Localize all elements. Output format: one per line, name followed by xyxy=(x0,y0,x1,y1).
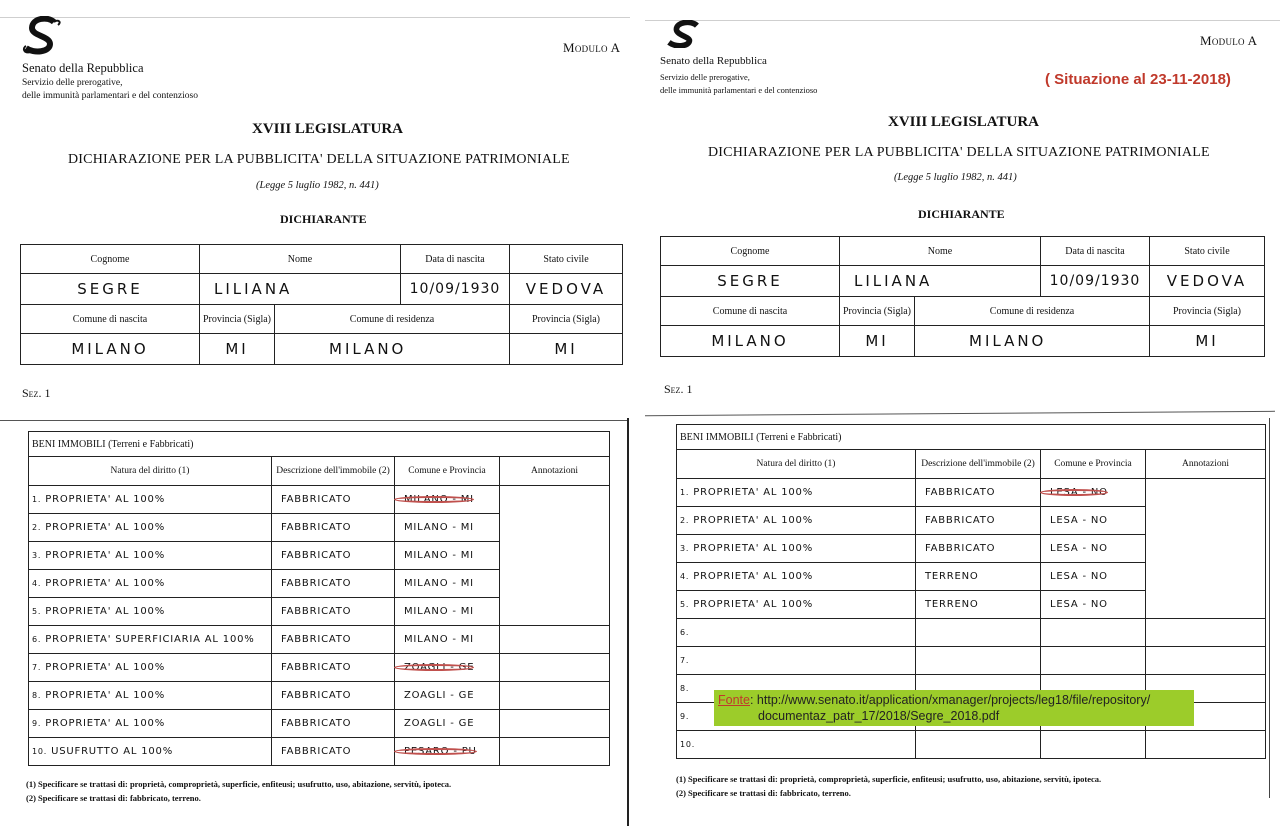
table-row: 5.PROPRIETA' AL 100%TERRENOLESA - NO xyxy=(677,591,1266,619)
table-row: 2.PROPRIETA' AL 100%FABBRICATOMILANO - M… xyxy=(29,514,610,542)
row-number: 5. xyxy=(680,600,689,609)
comune-cell: PESARO - PU xyxy=(395,738,500,766)
table-row: 10. xyxy=(677,731,1266,759)
legislatura-title: XVIII LEGISLATURA xyxy=(888,114,1039,131)
value-comune-residenza: MILANO xyxy=(915,326,1150,357)
table-row: 7. xyxy=(677,647,1266,675)
row-number: 5. xyxy=(32,607,41,616)
descrizione-cell: FABBRICATO xyxy=(916,479,1041,507)
annotazioni-cell xyxy=(500,626,610,654)
modulo-label: Modulo A xyxy=(563,40,620,56)
descrizione-cell: FABBRICATO xyxy=(272,682,395,710)
label-nome: Nome xyxy=(200,245,401,274)
natura-cell: 4.PROPRIETA' AL 100% xyxy=(677,563,916,591)
row-number: 8. xyxy=(32,691,41,700)
value-provincia-residenza: MI xyxy=(1150,326,1265,357)
comune-text: LESA - NO xyxy=(1044,543,1114,554)
descrizione-cell: FABBRICATO xyxy=(272,514,395,542)
natura-cell: 5.PROPRIETA' AL 100% xyxy=(677,591,916,619)
table-row: 2.PROPRIETA' AL 100%FABBRICATOLESA - NO xyxy=(677,507,1266,535)
table-row: 8.PROPRIETA' AL 100%FABBRICATOZOAGLI - G… xyxy=(29,682,610,710)
value-data-nascita: 10/09/1930 xyxy=(401,274,510,305)
value-comune-residenza: MILANO xyxy=(275,334,510,365)
row-number: 6. xyxy=(680,628,689,637)
row-number: 7. xyxy=(680,656,689,665)
natura-cell: 4.PROPRIETA' AL 100% xyxy=(29,570,272,598)
comune-cell: LESA - NO xyxy=(1041,591,1146,619)
label-comune-residenza: Comune di residenza xyxy=(915,297,1150,326)
row-number: 9. xyxy=(680,712,689,721)
natura-text: PROPRIETA' AL 100% xyxy=(45,578,165,589)
descrizione-cell: FABBRICATO xyxy=(272,654,395,682)
comune-text: MILANO - MI xyxy=(398,550,480,561)
natura-text: PROPRIETA' SUPERFICIARIA AL 100% xyxy=(45,634,254,645)
personal-data-table: Cognome Nome Data di nascita Stato civil… xyxy=(660,236,1265,357)
natura-text: PROPRIETA' AL 100% xyxy=(45,718,165,729)
label-comune-residenza: Comune di residenza xyxy=(275,305,510,334)
institution-name: Senato della Repubblica xyxy=(22,61,144,76)
dichiarante-heading: DICHIARANTE xyxy=(280,212,367,227)
col-comune-provincia: Comune e Provincia xyxy=(395,457,500,486)
table-row: 1.PROPRIETA' AL 100%FABBRICATOMILANO - M… xyxy=(29,486,610,514)
declaration-title: DICHIARAZIONE PER LA PUBBLICITA' DELLA S… xyxy=(68,152,570,168)
table-row: 5.PROPRIETA' AL 100%FABBRICATOMILANO - M… xyxy=(29,598,610,626)
label-cognome: Cognome xyxy=(661,237,840,266)
annotazioni-cell xyxy=(1146,563,1266,591)
row-number: 6. xyxy=(32,635,41,644)
modulo-label: Modulo A xyxy=(1200,33,1257,49)
descrizione-text: FABBRICATO xyxy=(275,718,357,729)
footnote-1: (1) Specificare se trattasi di: propriet… xyxy=(26,778,451,791)
row-number: 3. xyxy=(32,551,41,560)
service-line-1: Servizio delle prerogative, xyxy=(660,71,750,84)
annotazioni-cell xyxy=(1146,731,1266,759)
comune-cell: ZOAGLI - GE xyxy=(395,654,500,682)
value-provincia-nascita: MI xyxy=(200,334,275,365)
descrizione-cell: FABBRICATO xyxy=(272,710,395,738)
comune-cell: ZOAGLI - GE xyxy=(395,710,500,738)
table-row: 3.PROPRIETA' AL 100%FABBRICATOLESA - NO xyxy=(677,535,1266,563)
natura-text: PROPRIETA' AL 100% xyxy=(45,522,165,533)
descrizione-cell xyxy=(916,647,1041,675)
row-number: 10. xyxy=(680,740,695,749)
row-number: 8. xyxy=(680,684,689,693)
comune-text: MILANO - MI xyxy=(398,606,480,617)
comune-cell: MILANO - MI xyxy=(395,514,500,542)
row-number: 1. xyxy=(32,495,41,504)
comune-cell: LESA - NO xyxy=(1041,563,1146,591)
value-cognome: SEGRE xyxy=(661,266,840,297)
descrizione-cell: FABBRICATO xyxy=(272,542,395,570)
natura-cell: 10. xyxy=(677,731,916,759)
row-number: 4. xyxy=(32,579,41,588)
footnote-2: (2) Specificare se trattasi di: fabbrica… xyxy=(26,792,201,805)
label-data-nascita: Data di nascita xyxy=(1041,237,1150,266)
natura-text: PROPRIETA' AL 100% xyxy=(693,515,813,526)
natura-text: PROPRIETA' AL 100% xyxy=(45,494,165,505)
descrizione-text: TERRENO xyxy=(919,599,985,610)
descrizione-text: FABBRICATO xyxy=(919,515,1001,526)
legge-reference: (Legge 5 luglio 1982, n. 441) xyxy=(894,172,1017,183)
natura-cell: 10.USUFRUTTO AL 100% xyxy=(29,738,272,766)
footnote-1: (1) Specificare se trattasi di: propriet… xyxy=(676,773,1101,786)
left-document-page: Senato della Repubblica Servizio delle p… xyxy=(0,0,630,826)
scan-edge-line xyxy=(645,411,1275,416)
descrizione-cell: TERRENO xyxy=(916,563,1041,591)
fonte-source-banner: Fonte: http://www.senato.it/application/… xyxy=(714,690,1194,726)
descrizione-cell: FABBRICATO xyxy=(916,507,1041,535)
annotazioni-cell xyxy=(1146,591,1266,619)
annotazioni-cell xyxy=(500,486,610,514)
service-line-2: delle immunità parlamentari e del conten… xyxy=(660,84,817,97)
beni-immobili-table: BENI IMMOBILI (Terreni e Fabbricati) Nat… xyxy=(28,431,610,766)
descrizione-text: FABBRICATO xyxy=(275,522,357,533)
label-data-nascita: Data di nascita xyxy=(401,245,510,274)
descrizione-text xyxy=(919,655,931,666)
table-row: 6.PROPRIETA' SUPERFICIARIA AL 100%FABBRI… xyxy=(29,626,610,654)
descrizione-cell: FABBRICATO xyxy=(272,626,395,654)
comune-text: ZOAGLI - GE xyxy=(398,718,480,729)
service-line-1: Servizio delle prerogative, xyxy=(22,77,123,90)
col-descrizione: Descrizione dell'immobile (2) xyxy=(916,450,1041,479)
legge-reference: (Legge 5 luglio 1982, n. 441) xyxy=(256,180,379,191)
comune-text-highlighted: ZOAGLI - GE xyxy=(398,662,480,673)
comune-text-highlighted: PESARO - PU xyxy=(398,746,483,757)
comune-cell: ZOAGLI - GE xyxy=(395,682,500,710)
col-annotazioni: Annotazioni xyxy=(500,457,610,486)
comune-text xyxy=(1044,739,1056,750)
comune-text: MILANO - MI xyxy=(398,578,480,589)
annotazioni-cell xyxy=(500,682,610,710)
natura-cell: 7. xyxy=(677,647,916,675)
beni-table-title: BENI IMMOBILI (Terreni e Fabbricati) xyxy=(29,432,610,457)
value-nome: LILIANA xyxy=(840,266,1041,297)
annotazioni-cell xyxy=(1146,479,1266,507)
natura-cell: 8.PROPRIETA' AL 100% xyxy=(29,682,272,710)
natura-cell: 1.PROPRIETA' AL 100% xyxy=(29,486,272,514)
comune-text: LESA - NO xyxy=(1044,515,1114,526)
label-comune-nascita: Comune di nascita xyxy=(21,305,200,334)
label-provincia-residenza: Provincia (Sigla) xyxy=(510,305,623,334)
comune-text: MILANO - MI xyxy=(398,634,480,645)
table-row: 6. xyxy=(677,619,1266,647)
descrizione-cell: TERRENO xyxy=(916,591,1041,619)
table-row: 10.USUFRUTTO AL 100%FABBRICATOPESARO - P… xyxy=(29,738,610,766)
descrizione-cell: FABBRICATO xyxy=(272,570,395,598)
natura-text: PROPRIETA' AL 100% xyxy=(693,599,813,610)
row-number: 1. xyxy=(680,488,689,497)
declaration-title: DICHIARAZIONE PER LA PUBBLICITA' DELLA S… xyxy=(708,145,1210,161)
situazione-date-annotation: ( Situazione al 23-11-2018) xyxy=(1045,71,1231,88)
fonte-label: Fonte xyxy=(718,693,750,707)
annotazioni-cell xyxy=(500,654,610,682)
natura-text: PROPRIETA' AL 100% xyxy=(45,690,165,701)
col-descrizione: Descrizione dell'immobile (2) xyxy=(272,457,395,486)
comune-cell: MILANO - MI xyxy=(395,542,500,570)
natura-cell: 7.PROPRIETA' AL 100% xyxy=(29,654,272,682)
value-provincia-nascita: MI xyxy=(840,326,915,357)
table-row: 1.PROPRIETA' AL 100%FABBRICATOLESA - NO xyxy=(677,479,1266,507)
table-row: 3.PROPRIETA' AL 100%FABBRICATOMILANO - M… xyxy=(29,542,610,570)
table-row: 4.PROPRIETA' AL 100%TERRENOLESA - NO xyxy=(677,563,1266,591)
natura-text: USUFRUTTO AL 100% xyxy=(51,746,173,757)
row-number: 7. xyxy=(32,663,41,672)
label-stato-civile: Stato civile xyxy=(510,245,623,274)
value-cognome: SEGRE xyxy=(21,274,200,305)
row-number: 4. xyxy=(680,572,689,581)
annotazioni-cell xyxy=(1146,619,1266,647)
descrizione-text: FABBRICATO xyxy=(275,578,357,589)
comune-cell: LESA - NO xyxy=(1041,507,1146,535)
descrizione-text: FABBRICATO xyxy=(275,634,357,645)
col-natura-diritto: Natura del diritto (1) xyxy=(677,450,916,479)
annotazioni-cell xyxy=(500,598,610,626)
section-label: Sez. 1 xyxy=(22,386,50,401)
annotazioni-cell xyxy=(500,514,610,542)
comune-cell: MILANO - MI xyxy=(395,598,500,626)
annotazioni-cell xyxy=(500,710,610,738)
descrizione-text xyxy=(919,739,931,750)
descrizione-cell: FABBRICATO xyxy=(916,535,1041,563)
value-comune-nascita: MILANO xyxy=(661,326,840,357)
comune-text: MILANO - MI xyxy=(398,522,480,533)
fonte-url-line-2[interactable]: documentaz_patr_17/2018/Segre_2018.pdf xyxy=(718,708,1190,724)
natura-text: PROPRIETA' AL 100% xyxy=(693,487,813,498)
label-nome: Nome xyxy=(840,237,1041,266)
label-provincia-residenza: Provincia (Sigla) xyxy=(1150,297,1265,326)
annotazioni-cell xyxy=(1146,535,1266,563)
natura-text: PROPRIETA' AL 100% xyxy=(45,606,165,617)
col-natura-diritto: Natura del diritto (1) xyxy=(29,457,272,486)
natura-cell: 9.PROPRIETA' AL 100% xyxy=(29,710,272,738)
service-line-2: delle immunità parlamentari e del conten… xyxy=(22,90,198,103)
natura-text: PROPRIETA' AL 100% xyxy=(693,571,813,582)
comune-text-highlighted: LESA - NO xyxy=(1044,487,1114,498)
descrizione-text: FABBRICATO xyxy=(275,550,357,561)
value-comune-nascita: MILANO xyxy=(21,334,200,365)
value-data-nascita: 10/09/1930 xyxy=(1041,266,1150,297)
row-number: 9. xyxy=(32,719,41,728)
value-nome: LILIANA xyxy=(200,274,401,305)
row-number: 2. xyxy=(32,523,41,532)
page-divider xyxy=(627,418,629,826)
label-provincia-nascita: Provincia (Sigla) xyxy=(840,297,915,326)
senato-s-logo-icon xyxy=(658,20,706,48)
annotazioni-cell xyxy=(500,542,610,570)
beni-table-title: BENI IMMOBILI (Terreni e Fabbricati) xyxy=(677,425,1266,450)
natura-cell: 2.PROPRIETA' AL 100% xyxy=(29,514,272,542)
right-page-edge xyxy=(1269,418,1270,798)
descrizione-cell xyxy=(916,731,1041,759)
descrizione-text xyxy=(919,627,931,638)
descrizione-cell: FABBRICATO xyxy=(272,598,395,626)
annotazioni-cell xyxy=(500,738,610,766)
comune-text-highlighted: MILANO - MI xyxy=(398,494,480,505)
value-provincia-residenza: MI xyxy=(510,334,623,365)
comune-cell: LESA - NO xyxy=(1041,479,1146,507)
col-annotazioni: Annotazioni xyxy=(1146,450,1266,479)
comune-cell: MILANO - MI xyxy=(395,626,500,654)
value-stato-civile: VEDOVA xyxy=(510,274,623,305)
fonte-url-line-1[interactable]: http://www.senato.it/application/xmanage… xyxy=(757,693,1150,707)
descrizione-cell xyxy=(916,619,1041,647)
natura-text: PROPRIETA' AL 100% xyxy=(693,543,813,554)
natura-cell: 2.PROPRIETA' AL 100% xyxy=(677,507,916,535)
label-comune-nascita: Comune di nascita xyxy=(661,297,840,326)
comune-cell: LESA - NO xyxy=(1041,535,1146,563)
comune-cell xyxy=(1041,731,1146,759)
label-cognome: Cognome xyxy=(21,245,200,274)
comune-cell: MILANO - MI xyxy=(395,570,500,598)
natura-cell: 1.PROPRIETA' AL 100% xyxy=(677,479,916,507)
natura-cell: 3.PROPRIETA' AL 100% xyxy=(677,535,916,563)
natura-cell: 6.PROPRIETA' SUPERFICIARIA AL 100% xyxy=(29,626,272,654)
row-number: 2. xyxy=(680,516,689,525)
annotazioni-cell xyxy=(1146,647,1266,675)
descrizione-text: TERRENO xyxy=(919,571,985,582)
descrizione-text: FABBRICATO xyxy=(919,543,1001,554)
table-row: 7.PROPRIETA' AL 100%FABBRICATOZOAGLI - G… xyxy=(29,654,610,682)
scan-edge-line xyxy=(0,420,628,421)
section-label: Sez. 1 xyxy=(664,382,692,397)
descrizione-cell: FABBRICATO xyxy=(272,738,395,766)
descrizione-text: FABBRICATO xyxy=(919,487,1001,498)
table-row: 4.PROPRIETA' AL 100%FABBRICATOMILANO - M… xyxy=(29,570,610,598)
footnote-2: (2) Specificare se trattasi di: fabbrica… xyxy=(676,787,851,800)
descrizione-cell: FABBRICATO xyxy=(272,486,395,514)
row-number: 3. xyxy=(680,544,689,553)
natura-cell: 6. xyxy=(677,619,916,647)
institution-name: Senato della Repubblica xyxy=(660,55,767,67)
descrizione-text: FABBRICATO xyxy=(275,746,357,757)
comune-cell: MILANO - MI xyxy=(395,486,500,514)
row-number: 10. xyxy=(32,747,47,756)
personal-data-table: Cognome Nome Data di nascita Stato civil… xyxy=(20,244,623,365)
label-provincia-nascita: Provincia (Sigla) xyxy=(200,305,275,334)
senato-s-logo-icon xyxy=(18,16,66,56)
comune-cell xyxy=(1041,619,1146,647)
natura-text: PROPRIETA' AL 100% xyxy=(45,662,165,673)
natura-text: PROPRIETA' AL 100% xyxy=(45,550,165,561)
descrizione-text: FABBRICATO xyxy=(275,494,357,505)
annotazioni-cell xyxy=(500,570,610,598)
table-row: 9.PROPRIETA' AL 100%FABBRICATOZOAGLI - G… xyxy=(29,710,610,738)
descrizione-text: FABBRICATO xyxy=(275,662,357,673)
descrizione-text: FABBRICATO xyxy=(275,690,357,701)
comune-text: ZOAGLI - GE xyxy=(398,690,480,701)
comune-cell xyxy=(1041,647,1146,675)
annotazioni-cell xyxy=(1146,507,1266,535)
dichiarante-heading: DICHIARANTE xyxy=(918,207,1005,222)
col-comune-provincia: Comune e Provincia xyxy=(1041,450,1146,479)
natura-cell: 3.PROPRIETA' AL 100% xyxy=(29,542,272,570)
comune-text: LESA - NO xyxy=(1044,599,1114,610)
comune-text xyxy=(1044,627,1056,638)
comune-text xyxy=(1044,655,1056,666)
natura-cell: 5.PROPRIETA' AL 100% xyxy=(29,598,272,626)
legislatura-title: XVIII LEGISLATURA xyxy=(252,121,403,138)
value-stato-civile: VEDOVA xyxy=(1150,266,1265,297)
comune-text: LESA - NO xyxy=(1044,571,1114,582)
label-stato-civile: Stato civile xyxy=(1150,237,1265,266)
descrizione-text: FABBRICATO xyxy=(275,606,357,617)
